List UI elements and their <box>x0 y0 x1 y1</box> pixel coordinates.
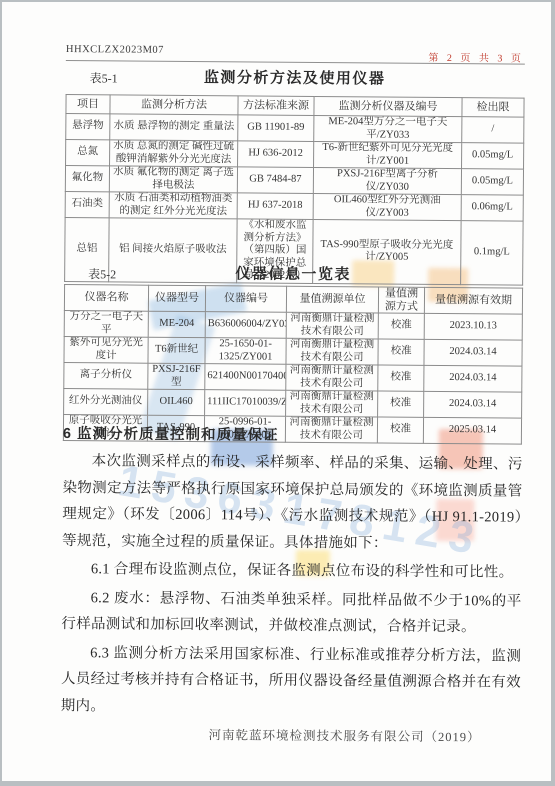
paragraph-6-3: 6.3 监测分析方法采用国家标准、行业标准或推荐分析方法，监测人员经过考核并持有… <box>61 640 522 723</box>
column-header: 仪器名称 <box>64 285 148 312</box>
table-cell: 水质 氟化物的测定 离子选择电极法 <box>109 166 237 193</box>
table-row: 紫外可见分光光度计 T6新世纪 25-1650-01-1325/ZY001 河南… <box>64 337 522 367</box>
instrument-info-table: 仪器名称 仪器型号 仪器编号 量值溯源单位 量值溯源方式 量值溯源有效期 万分之… <box>63 284 523 445</box>
table-cell: 河南衡鼎计量检测技术有限公司 <box>286 390 378 417</box>
column-header: 监测分析方法 <box>110 95 238 115</box>
column-header: 方法标准来源 <box>238 96 314 116</box>
scanned-page: 15363178123 HHXCLZX2023M07 第 2 页 共 3 页 表… <box>2 2 551 781</box>
section6-body: 本次监测采样点的布设、采样频率、样品的采集、运输、处理、污染物测定方法等严格执行… <box>61 448 523 725</box>
table-row: 离子分析仪 PXSJ-216F型 621400N0017040080/ZY030… <box>64 363 522 393</box>
table-cell: HJ 637-2018 <box>237 193 313 220</box>
table-cell: 紫外可见分光光度计 <box>64 337 148 364</box>
table-cell: 石油类 <box>65 192 109 218</box>
table-cell: 河南衡鼎计量检测技术有限公司 <box>286 338 378 365</box>
table-cell: 2024.03.14 <box>424 339 522 366</box>
table-cell: OIL460 <box>148 389 205 415</box>
table-cell: 0.06mg/L <box>461 195 523 221</box>
table2-caption: 表5-2 仪器信息一览表 <box>64 261 522 287</box>
column-header: 仪器编号 <box>205 286 286 313</box>
table-row: 万分之一电子天平 ME-204 B636006004/ZY033 河南衡鼎计量检… <box>64 311 522 341</box>
paragraph-qa-overview: 本次监测采样点的布设、采样频率、样品的采集、运输、处理、污染物测定方法等严格执行… <box>62 448 523 558</box>
table-row: 氟化物 水质 氟化物的测定 离子选择电极法 GB 7484-87 PXSJ-21… <box>65 166 523 196</box>
table-cell: 水质 总氮的测定 碱性过硫酸钾消解紫外分光光度法 <box>110 140 238 167</box>
page-content: HHXCLZX2023M07 第 2 页 共 3 页 表5-1 监测分析方法及使… <box>2 2 551 781</box>
table-cell: 2023.10.13 <box>424 313 522 340</box>
table-cell: 校准 <box>378 339 424 365</box>
table-cell: 河南衡鼎计量检测技术有限公司 <box>286 364 378 391</box>
table-cell: 0.05mg/L <box>462 143 524 169</box>
table1-title: 监测分析方法及使用仪器 <box>66 65 524 90</box>
table2-title: 仪器信息一览表 <box>64 261 522 286</box>
table-cell: B636006004/ZY033 <box>205 312 286 339</box>
table-cell: PXSJ-216F型 <box>148 363 205 389</box>
table-row: 红外分光测油仪 OIL460 111IIC17010039/ZY003 河南衡鼎… <box>64 389 522 419</box>
column-header: 检出限 <box>462 98 524 117</box>
section6-heading: 6 监测分析质量控制和质量保证 <box>63 422 521 447</box>
company-footer: 河南乾蓝环境检测技术服务有限公司（2019） <box>61 724 519 746</box>
table-row: 总氮 水质 总氮的测定 碱性过硫酸钾消解紫外分光光度法 HJ 636-2012 … <box>66 140 524 170</box>
table-cell: ME-204 <box>148 311 205 337</box>
column-header: 仪器型号 <box>148 285 205 311</box>
table-cell: 0.05mg/L <box>461 169 523 195</box>
table-cell: 总氮 <box>66 140 110 166</box>
table-cell: HJ 636-2012 <box>238 141 314 168</box>
table-cell: 万分之一电子天平 <box>64 311 148 338</box>
table-cell: 悬浮物 <box>66 114 110 140</box>
table-cell: 河南衡鼎计量检测技术有限公司 <box>286 312 378 339</box>
paragraph-6-1: 6.1 合理布设监测点位，保证各监测点位布设的科学性和可比性。 <box>62 556 522 586</box>
column-header: 量值溯源单位 <box>286 286 378 313</box>
column-header: 监测分析仪器及编号 <box>314 96 462 116</box>
method-instrument-table: 项目 监测分析方法 方法标准来源 监测分析仪器及编号 检出限 悬浮物 水质 悬浮… <box>64 94 524 285</box>
table-cell: GB 7484-87 <box>237 167 313 194</box>
table-cell: T6-新世纪紫外可见分光光度计/ZY001 <box>314 141 462 168</box>
table1-caption: 表5-1 监测分析方法及使用仪器 <box>66 65 524 91</box>
table-cell: ME-204型万分之一电子天平/ZY033 <box>314 115 462 142</box>
table-row: 石油类 水质 石油类和动植物油类的测定 红外分光光度法 HJ 637-2018 … <box>65 192 523 222</box>
scan-tilt-wrapper: 15363178123 HHXCLZX2023M07 第 2 页 共 3 页 表… <box>2 2 551 781</box>
table-cell: GB 11901-89 <box>238 115 314 142</box>
table-cell: PXSJ-216F型离子分析仪/ZY030 <box>313 167 461 194</box>
table-cell: OIL460型红外分光测油仪/ZY003 <box>313 193 461 220</box>
table-cell: 111IIC17010039/ZY003 <box>205 390 286 417</box>
paragraph-6-2: 6.2 废水：悬浮物、石油类单独采样。同批样品做不少于10%的平行样品测试和加标… <box>61 585 521 642</box>
document-code: HHXCLZX2023M07 <box>66 44 164 56</box>
table-cell: 水质 石油类和动植物油类的测定 红外分光光度法 <box>109 192 237 219</box>
table-cell: / <box>462 117 524 143</box>
table-header-row: 仪器名称 仪器型号 仪器编号 量值溯源单位 量值溯源方式 量值溯源有效期 <box>64 285 522 315</box>
table-cell: 红外分光测油仪 <box>64 389 148 416</box>
table-cell: 2024.03.14 <box>424 365 522 392</box>
table-cell: 离子分析仪 <box>64 363 148 390</box>
column-header: 项目 <box>66 95 110 114</box>
table-cell: 校准 <box>378 391 424 417</box>
table-cell: 25-1650-01-1325/ZY001 <box>205 338 286 365</box>
table-cell: 2024.03.14 <box>424 391 522 418</box>
table-cell: 621400N0017040080/ZY030 <box>205 364 286 391</box>
table-cell: T6新世纪 <box>148 337 205 363</box>
table-cell: 水质 悬浮物的测定 重量法 <box>110 114 238 141</box>
table-cell: 氟化物 <box>65 166 109 192</box>
table-cell: 校准 <box>378 313 424 339</box>
table-cell: 校准 <box>378 365 424 391</box>
column-header: 量值溯源方式 <box>378 287 424 313</box>
table-row: 悬浮物 水质 悬浮物的测定 重量法 GB 11901-89 ME-204型万分之… <box>66 114 524 144</box>
column-header: 量值溯源有效期 <box>424 287 522 314</box>
